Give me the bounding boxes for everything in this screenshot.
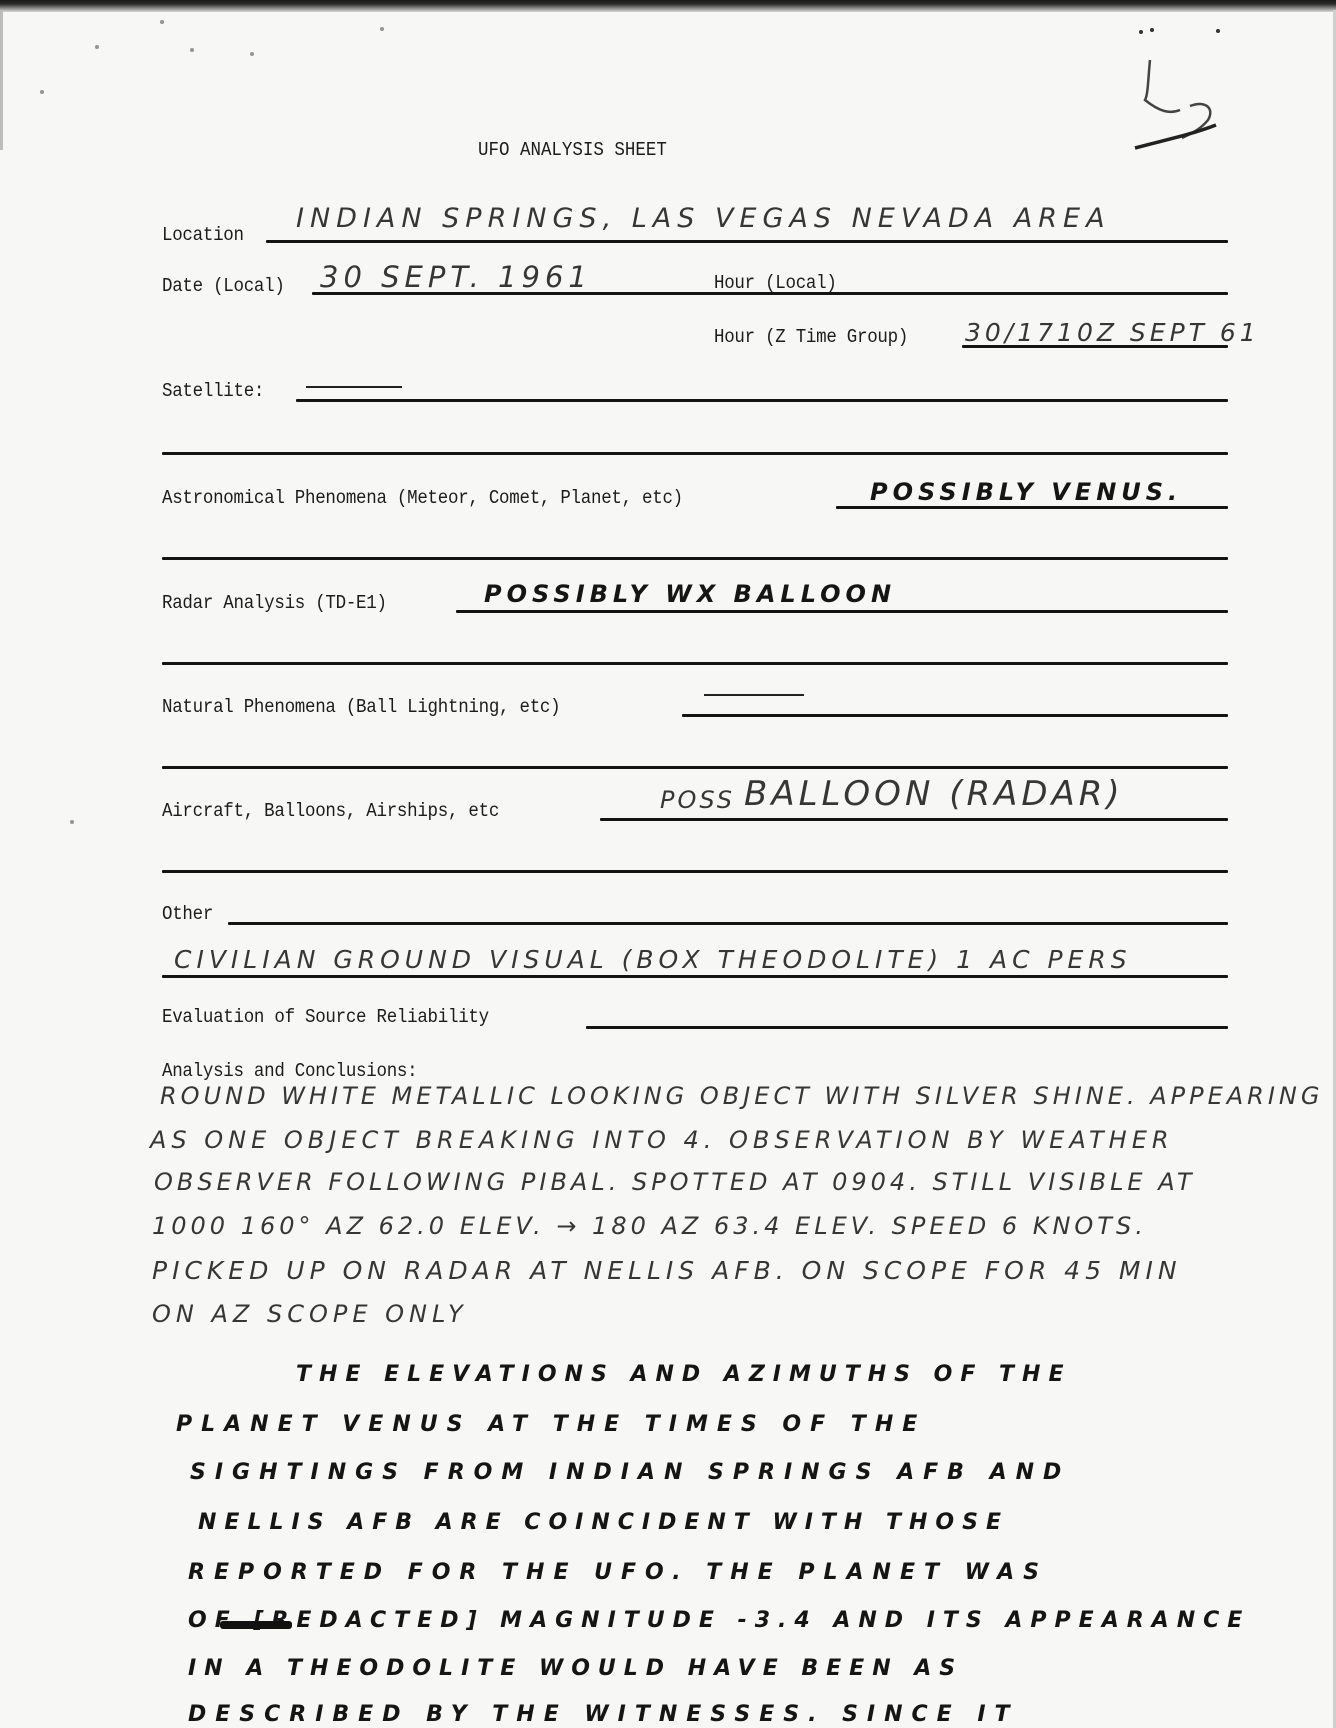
analysis-label: Analysis and Conclusions: [162, 1060, 417, 1082]
astronomical-value: Possibly Venus. [870, 478, 1182, 506]
redaction-mark [220, 1621, 292, 1629]
scan-left-edge [0, 10, 3, 150]
location-label: Location [162, 224, 244, 246]
conclusion-line: in a theodolite would have been as [188, 1656, 963, 1681]
astronomical-label: Astronomical Phenomena (Meteor, Comet, P… [162, 487, 683, 509]
page-number-mark [1090, 20, 1230, 150]
blank-line [162, 452, 1228, 455]
other-line [228, 922, 1228, 925]
blank-line [162, 766, 1228, 769]
hour-z-label: Hour (Z Time Group) [714, 326, 908, 348]
other-value: Civilian ground visual (box theodolite) … [174, 945, 1132, 974]
scan-speck [160, 20, 164, 24]
aircraft-line [600, 818, 1228, 821]
natural-label: Natural Phenomena (Ball Lightning, etc) [162, 696, 560, 718]
scan-speck [70, 820, 74, 824]
conclusion-line: of [redacted] magnitude -3.4 and its app… [188, 1608, 1250, 1633]
conclusion-line: The elevations and azimuths of the [296, 1362, 1072, 1387]
date-local-label: Date (Local) [162, 275, 285, 297]
conclusion-line: reported for the UFO. The planet was [188, 1560, 1048, 1585]
scan-speck [40, 90, 44, 94]
radar-value: Possibly WX Balloon [484, 580, 896, 608]
scan-speck [190, 48, 194, 52]
reliability-label: Evaluation of Source Reliability [162, 1006, 489, 1028]
other-line-2 [162, 975, 1228, 978]
location-value: Indian Springs, Las Vegas Nevada Area [296, 203, 1111, 234]
conclusion-line: planet Venus at the times of the [176, 1412, 926, 1437]
analysis-note-line: observer following PIBAL. Spotted at 090… [154, 1168, 1196, 1196]
reliability-line [586, 1026, 1228, 1029]
other-label: Other [162, 903, 213, 925]
analysis-note-line: as one object breaking into 4. Observati… [150, 1126, 1174, 1154]
aircraft-label: Aircraft, Balloons, Airships, etc [162, 800, 499, 822]
scan-speck [95, 45, 99, 49]
form-title: UFO ANALYSIS SHEET [478, 139, 667, 161]
radar-line [456, 610, 1228, 613]
aircraft-value: Balloon (Radar) [744, 774, 1124, 814]
natural-dash [704, 694, 804, 696]
blank-line [162, 662, 1228, 665]
satellite-line [296, 399, 1228, 402]
analysis-note-line: Picked up on radar at Nellis AFB. On sco… [152, 1256, 1182, 1285]
blank-line [162, 870, 1228, 873]
blank-line [162, 557, 1228, 560]
conclusion-line: Nellis AFB are coincident with those [198, 1510, 1009, 1535]
analysis-note-line: 1000 160° AZ 62.0 elev. → 180 AZ 63.4 el… [152, 1212, 1147, 1240]
conclusion-line: sightings from Indian Springs AFB and [190, 1460, 1070, 1485]
aircraft-value-prefix: Poss [660, 786, 735, 814]
hour-z-value: 30/1710Z Sept 61 [965, 318, 1260, 347]
hour-local-label: Hour (Local) [714, 272, 837, 294]
satellite-label: Satellite: [162, 380, 264, 402]
scan-top-border [0, 0, 1336, 12]
scan-speck [380, 27, 384, 31]
conclusion-line: described by the witnesses. Since it [188, 1702, 1019, 1727]
location-line [266, 240, 1228, 243]
scan-speck [250, 52, 254, 56]
radar-label: Radar Analysis (TD-E1) [162, 592, 387, 614]
satellite-dash [306, 386, 402, 388]
analysis-note-line: on AZ scope only [152, 1300, 468, 1328]
astronomical-line [836, 506, 1228, 509]
date-local-value: 30 Sept. 1961 [320, 260, 592, 294]
natural-line [682, 714, 1228, 717]
analysis-note-line: Round white metallic looking object with… [160, 1082, 1323, 1110]
